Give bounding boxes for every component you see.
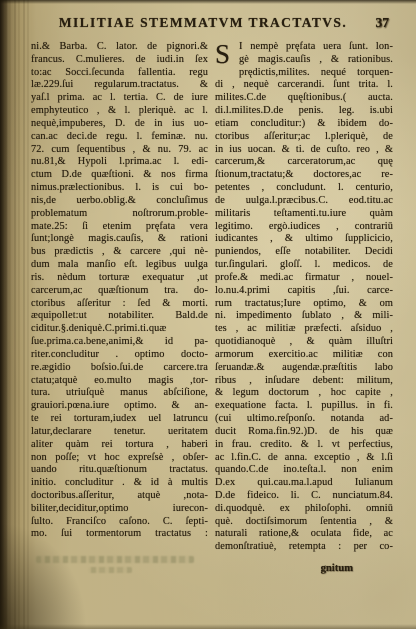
text-line: 72. cum ſequentibus , & nu. 79. ac [31, 144, 208, 157]
text-line: ctoribus aſſeritur : ſed & morti. [31, 298, 208, 311]
text-line: militaris teſtamenti.tu.iure quàm [215, 208, 393, 221]
text-line: nu.81,& Hypoli l.prima.ac l. edi- [31, 156, 208, 169]
text-line: ciditur.§.deniquè.C.primi.ti.quæ [31, 323, 208, 336]
text-line: tura. utriuſquè manus abſciſione, [31, 387, 208, 400]
text-line: puniendos, eſſe notabiliter. Decidi [215, 246, 393, 259]
text-line: tur.ſingulari. gloſſ. l. medicos. de [215, 259, 393, 272]
drop-cap: S [215, 42, 236, 67]
text-line: ctatu;atquè eo.multo magis ,tor- [31, 375, 208, 388]
text-line: quotidianoquè , & quàm illuſtri [215, 336, 393, 349]
text-line: grauiori.pœna.iure optimo. & an- [31, 400, 208, 413]
text-line: yaſ.l prima. ac l. tertia. C. de iure [31, 92, 208, 105]
text-line: ſtionum,tractatu;& doctores,ac re- [215, 169, 393, 182]
showthrough-line [88, 567, 132, 573]
page-bottom-edge [0, 624, 416, 629]
text-line: carcerum,ac quæſtionum tra. do- [31, 285, 208, 298]
text-line: re.ægidio boſsio.ſui.de carcere.tra [31, 362, 208, 375]
page: MILITIAE STEMMATVM TRACTATVS. 37 ni.& Ba… [0, 0, 416, 629]
text-line: ni.& Barba. C. lator. de pignori.& [31, 41, 208, 54]
text-line: etiam concluditur:) & ibidem do- [215, 118, 393, 131]
page-number: 37 [376, 15, 390, 31]
text-line: què. doctiſsimorum ſententia , & [215, 516, 393, 529]
text-line: prędictis,milites. nequé torquen- [239, 67, 393, 80]
text-line: petentes , concludunt. l. centurio, [215, 182, 393, 195]
text-line: ribus , inſudare debent: militum, [215, 375, 393, 388]
text-line: D.de fideico. li. C. nunciatum.84. [215, 490, 393, 503]
text-line: læ.229.ſui regularum.tractatus. & [31, 79, 208, 92]
text-line: in ius uocan. & ti. de cuſto. reo , & [215, 144, 393, 157]
text-line: riter.concluditur . optimo docto- [31, 349, 208, 362]
ink-showthrough [36, 556, 206, 573]
text-line: problematum noſtrorum.proble- [31, 208, 208, 221]
text-line: in frau. credito. & l. vt perfectius, [215, 439, 393, 452]
text-line: carcerum,& carceratorum,ac quę [215, 156, 393, 169]
showthrough-line [36, 556, 194, 563]
text-line: doctoribus.aſſeritur, atquè ,nota- [31, 490, 208, 503]
text-line: non poſſe; vt hoc expreſsè , obſer- [31, 452, 208, 465]
text-line: quando.C.de ino.teſta.l. non enim [215, 464, 393, 477]
text-line: initio. concluditur . & id à multis [31, 477, 208, 490]
running-header: MILITIAE STEMMATVM TRACTATVS. [30, 14, 376, 32]
text-line: naturali ratione,& oculata fide, ac [215, 528, 393, 541]
text-line: ctoribus aſſeritur;ac l.pleriquè, de [215, 131, 393, 144]
text-line: ac l.fin.C. de anna. exceptio , & l.ſi [215, 452, 393, 465]
text-line: rum tractatus;Iure optimo, & om [215, 298, 393, 311]
right-column-stack: S I nempè pręfata uera ſunt. lon-gè magi… [215, 41, 393, 574]
left-column: ni.& Barba. C. lator. de pignori.&francu… [31, 41, 208, 574]
page-title: MILITIAE STEMMATVM TRACTATVS. [59, 15, 347, 30]
text-line: di.quodquè. ex philoſophi. omniū [215, 503, 393, 516]
text-line: D.ex qui.cau.ma.l.apud Iulianum [215, 477, 393, 490]
text-line: di , nequè carcerandi. ſunt trita. l. [215, 79, 393, 92]
text-line: lo.nu.4.primi capitis ,ſui. carce- [215, 285, 393, 298]
text-line: ni. impedimento ſublato , & mili- [215, 310, 393, 323]
text-line: te rei torturam,iudex uel latruncu [31, 413, 208, 426]
text-line: de uulga.l.præcibus.C. eod.titu.ac [215, 195, 393, 208]
text-line: ctum D.de quæſtioni. & nos firma [31, 169, 208, 182]
text-line: ſunt;longè magis.cauſis, & rationi [31, 233, 208, 246]
text-line: ſeruandæ.& augendæ.præſtitis labo [215, 362, 393, 375]
text-line: nimus.prælectionibus. l. is cui bo- [31, 182, 208, 195]
text-line: nis,de uerbo.oblig.& concluſimus [31, 195, 208, 208]
catchword: gnitum [215, 563, 393, 574]
text-line: mo. ſui tormentorum tractatus : [31, 528, 208, 541]
text-line: tes , ac militiæ præfecti. aſsiduo , [215, 323, 393, 336]
right-column: S I nempè pręfata uera ſunt. lon-gè magi… [215, 41, 393, 554]
text-line: emphyteutico , & l. pleriquè. ac l. [31, 105, 208, 118]
text-line: milites.C.de quęſtionibus.( aucta. [215, 92, 393, 105]
text-line: aliter quàm rei tortura , haberi [31, 439, 208, 452]
text-line: (cui ultimo.reſponſo. notanda ad- [215, 413, 393, 426]
text-line: ſue.prima.ca.bene,animi,& id pa- [31, 336, 208, 349]
text-line: ſulto. Franciſco caſono. C. ſepti- [31, 516, 208, 529]
text-line: gè magis.cauſis , & rationibus. [239, 54, 393, 67]
text-line: bus prædictis , & carcere ,qui nè- [31, 246, 208, 259]
text-line: biliter,deciditur,optimo iurecon- [31, 503, 208, 516]
text-line: I nempè pręfata uera ſunt. lon- [239, 41, 393, 54]
text-line: mate.25: ſi etenim pręfata vera [31, 221, 208, 234]
text-line: exequatione facta. l. pupillus. in fi. [215, 400, 393, 413]
text-line: dum mala manſio eſt. legibus uulga [31, 259, 208, 272]
text-line: latur,declarare tenetur. ueritatem [31, 426, 208, 439]
text-line: iudicantes , & ultimo ſupplicicio, [215, 233, 393, 246]
text-line: legitimo. ergò.iudices , contrariū [215, 221, 393, 234]
text-line: di.l.milites.D.de penis. leg. is.ubi [215, 105, 393, 118]
page-top-edge [0, 0, 416, 4]
text-line: ducit Roma.fin.92.)D. de his quæ [215, 426, 393, 439]
text-line: æquipollet:ut notabiliter. Bald.de [31, 310, 208, 323]
text-line: profe.& medi.ac firmatur , nouel- [215, 272, 393, 285]
text-line: can.ac deci.de regu. l. feminæ. nu. [31, 131, 208, 144]
text-columns: ni.& Barba. C. lator. de pignori.&francu… [31, 41, 393, 574]
text-line: & legum doctorum , hoc capite , [215, 387, 393, 400]
text-line: armorum exercitio.ac militiæ con [215, 349, 393, 362]
text-line: nequè,impuberes, D. de in ius uo- [31, 118, 208, 131]
text-line: uando ritu.quæſtionum tractatus. [31, 464, 208, 477]
text-line: ris. nèdum torturæ exequatur ,ut [31, 272, 208, 285]
text-line: to:ac Socci.ſecunda fallentia. regu [31, 67, 208, 80]
text-line: demonſtratiuè, retempta : per co- [215, 541, 393, 554]
text-line: francus. C.mulieres. de iudi.in ſex [31, 54, 208, 67]
